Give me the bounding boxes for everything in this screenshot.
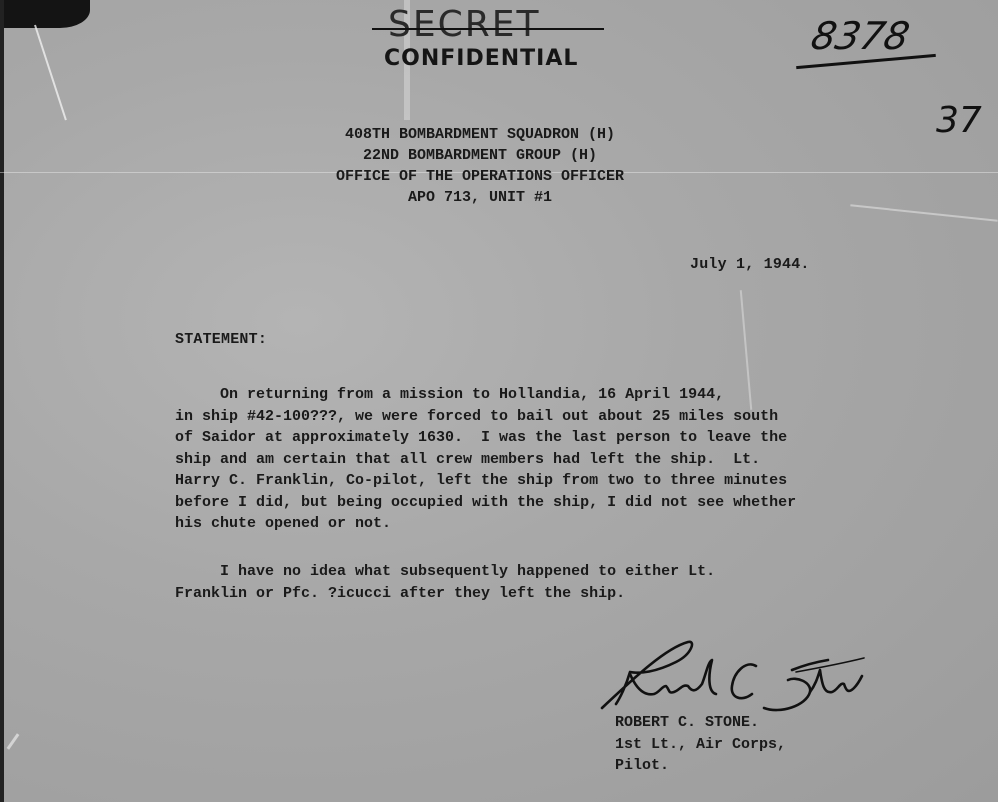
film-scratch (34, 25, 67, 121)
statement-heading: STATEMENT: (175, 331, 267, 348)
scan-left-edge (0, 0, 4, 802)
body-line: his chute opened or not. (175, 513, 796, 535)
letterhead-line: 22ND BOMBARDMENT GROUP (H) (290, 145, 670, 166)
handwritten-signature (596, 636, 866, 716)
body-line: Franklin or Pfc. ?icucci after they left… (175, 583, 715, 605)
handwritten-page-number: 37 (936, 100, 982, 141)
letterhead-line: OFFICE OF THE OPERATIONS OFFICER (290, 166, 670, 187)
document-date: July 1, 1944. (690, 256, 810, 273)
body-line: I have no idea what subsequently happene… (175, 561, 715, 583)
letterhead: 408TH BOMBARDMENT SQUADRON (H) 22ND BOMB… (290, 124, 670, 208)
scanned-document-page: SECRET CONFIDENTIAL 8378 37 408TH BOMBAR… (0, 0, 998, 802)
handwritten-file-number: 8378 (807, 14, 913, 58)
body-line: in ship #42-100???, we were forced to ba… (175, 406, 796, 428)
signatory-name: ROBERT C. STONE. (615, 712, 786, 734)
classification-stamp: CONFIDENTIAL (384, 46, 578, 71)
film-scratch (7, 733, 20, 749)
statement-paragraph-1: On returning from a mission to Hollandia… (175, 384, 796, 535)
body-line: ship and am certain that all crew member… (175, 449, 796, 471)
signature-block: ROBERT C. STONE. 1st Lt., Air Corps, Pil… (615, 712, 786, 777)
struck-classification-stamp: SECRET (388, 4, 540, 45)
signatory-role: Pilot. (615, 755, 786, 777)
film-scratch (850, 204, 997, 221)
body-line: of Saidor at approximately 1630. I was t… (175, 427, 796, 449)
strikethrough-line (372, 28, 604, 30)
scan-corner-shadow (0, 0, 90, 28)
body-line: Harry C. Franklin, Co-pilot, left the sh… (175, 470, 796, 492)
statement-paragraph-2: I have no idea what subsequently happene… (175, 561, 715, 604)
body-line: On returning from a mission to Hollandia… (175, 384, 796, 406)
letterhead-line: 408TH BOMBARDMENT SQUADRON (H) (290, 124, 670, 145)
body-line: before I did, but being occupied with th… (175, 492, 796, 514)
letterhead-line: APO 713, UNIT #1 (290, 187, 670, 208)
signatory-rank: 1st Lt., Air Corps, (615, 734, 786, 756)
